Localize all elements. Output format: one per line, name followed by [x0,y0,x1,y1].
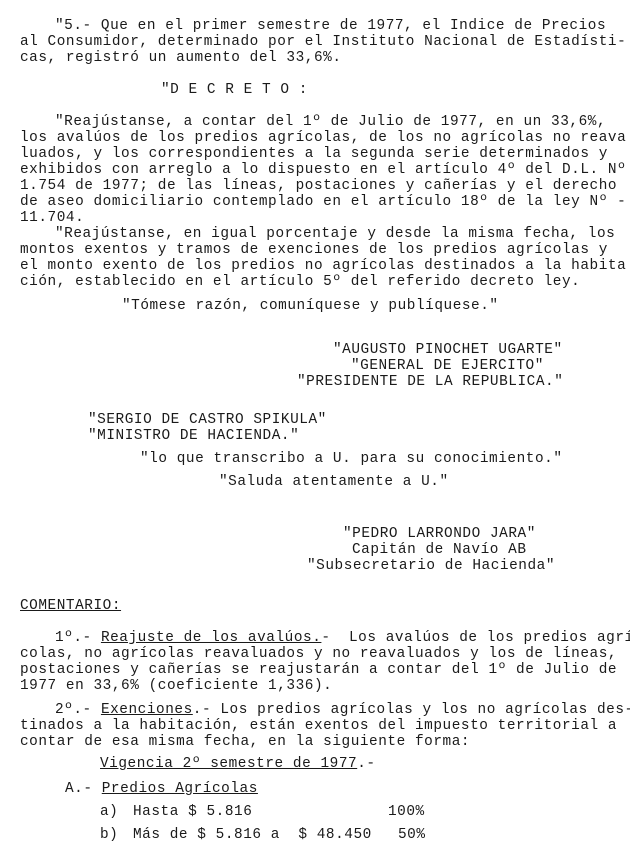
point-2-title: Exenciones [101,702,193,718]
decree-heading: "D E C R E T O : [161,82,308,98]
article-1-line: los avalúos de los predios agrícolas, de… [20,130,626,146]
signature-subsecretary-name: "PEDRO LARRONDO JARA" [343,526,536,542]
article-1-line: de aseo domiciliario contemplado en el a… [20,194,626,210]
considerando-line: al Consumidor, determinado por el Instit… [20,34,626,50]
comment-point-1-line: postaciones y cañerías se reajustarán a … [20,662,617,678]
article-2-line: ción, establecido en el artículo 5º del … [20,274,580,290]
considerando-line: "5.- Que en el primer semestre de 1977, … [55,18,606,34]
exemption-row-pct: 100% [388,804,425,820]
exemption-row-letter: b) [100,827,118,843]
article-2-line: el monto exento de los predios no agríco… [20,258,626,274]
signature-minister-name: "SERGIO DE CASTRO SPIKULA" [88,412,327,428]
article-2-line: "Reajústanse, en igual porcentaje y desd… [55,226,615,242]
point-1-first-rest: - Los avalúos de los predios agrí- [321,630,630,646]
signature-subsecretary-rank: Capitán de Navío AB [352,542,527,558]
signature-president-rank: "GENERAL DE EJERCITO" [351,358,544,374]
comment-heading: COMENTARIO: [20,598,121,614]
section-a-heading: A.- Predios Agrícolas [65,781,258,797]
comment-point-1-first-line: 1º.- Reajuste de los avalúos.- Los avalú… [55,630,630,646]
exemption-row-range: Hasta $ 5.816 [133,804,252,820]
section-a-title: Predios Agrícolas [102,781,258,797]
point-2-number: 2º.- [55,702,101,718]
exemption-row-range: Más de $ 5.816 a $ 48.450 [133,827,372,843]
signature-subsecretary-title: "Subsecretario de Hacienda" [307,558,555,574]
transcription-note: "lo que transcribo a U. para su conocimi… [140,451,563,467]
signature-minister-title: "MINISTRO DE HACIENDA." [88,428,299,444]
exemption-row-letter: a) [100,804,118,820]
exemption-row-pct: 50% [398,827,426,843]
signature-president-title: "PRESIDENTE DE LA REPUBLICA." [297,374,563,390]
greeting: "Saluda atentamente a U." [219,474,449,490]
article-1-line: 1.754 de 1977; de las líneas, postacione… [20,178,617,194]
closing-formula: "Tómese razón, comuníquese y publíquese.… [122,298,499,314]
comment-point-2-line: tinados a la habitación, están exentos d… [20,718,617,734]
article-1-line: luados, y los correspondientes a la segu… [20,146,608,162]
vigencia-suffix: .- [357,756,375,772]
vigencia-heading: Vigencia 2º semestre de 1977.- [100,756,376,772]
article-2-line: montos exentos y tramos de exenciones de… [20,242,608,258]
point-1-number: 1º.- [55,630,101,646]
article-1-line: 11.704. [20,210,84,226]
article-1-line: "Reajústanse, a contar del 1º de Julio d… [55,114,606,130]
comment-point-2-first-line: 2º.- Exenciones.- Los predios agrícolas … [55,702,630,718]
comment-point-2-line: contar de esa misma fecha, en la siguien… [20,734,470,750]
point-1-title: Reajuste de los avalúos. [101,630,321,646]
comment-point-1-line: 1977 en 33,6% (coeficiente 1,336). [20,678,332,694]
vigencia-title: Vigencia 2º semestre de 1977 [100,756,357,772]
article-1-line: exhibidos con arreglo a lo dispuesto en … [20,162,626,178]
section-a-label: A.- [65,781,102,797]
point-2-first-rest: .- Los predios agrícolas y los no agríco… [193,702,630,718]
considerando-line: cas, registró un aumento del 33,6%. [20,50,342,66]
comment-point-1-line: colas, no agrícolas reavaluados y no rea… [20,646,617,662]
signature-president-name: "AUGUSTO PINOCHET UGARTE" [333,342,563,358]
